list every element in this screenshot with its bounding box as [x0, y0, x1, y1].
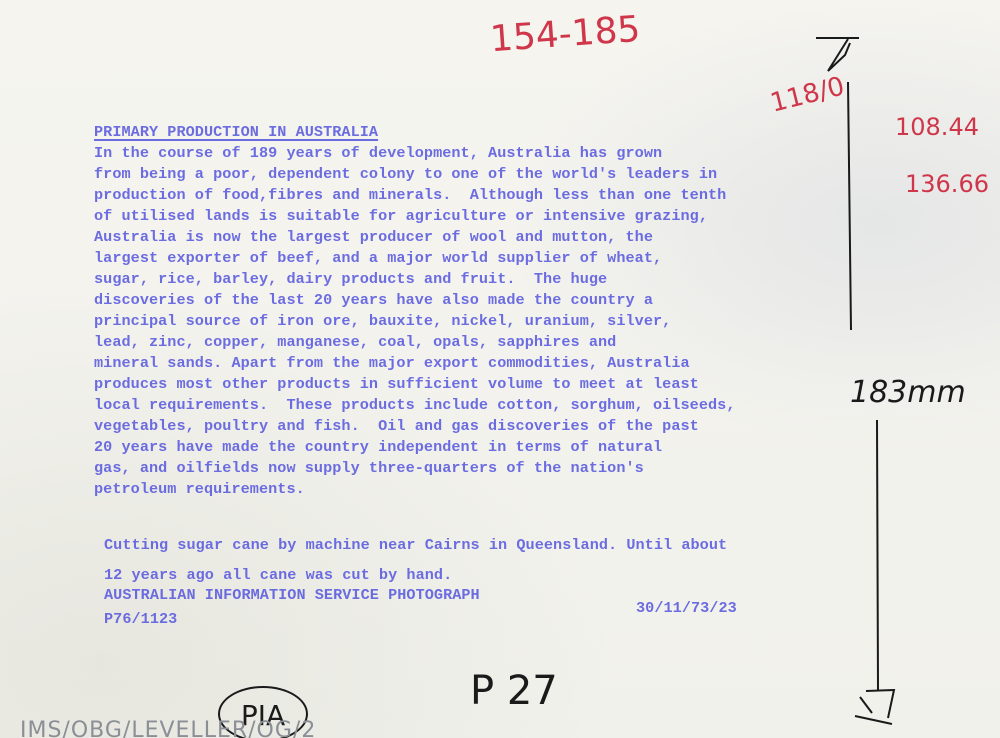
body-line: In the course of 189 years of developmen… [94, 143, 662, 164]
handwritten-height-label: 183mm [850, 375, 966, 410]
pencil-notation: IMS/OBG/LEVELLER/OG/2 [20, 718, 316, 738]
handwritten-measure-2: 136.66 [905, 170, 989, 198]
body-line: 20 years have made the country independe… [94, 437, 662, 458]
body-line: largest exporter of beef, and a major wo… [94, 248, 662, 269]
date-code: 30/11/73/23 [636, 598, 737, 619]
body-line: vegetables, poultry and fish. Oil and ga… [94, 416, 699, 437]
handwritten-measure-1: 108.44 [895, 113, 979, 141]
body-line: petroleum requirements. [94, 479, 305, 500]
handwritten-crop-width: 118/0 [767, 71, 847, 118]
handwritten-page-range: 154-185 [489, 9, 642, 60]
body-line: production of food,fibres and minerals. … [94, 185, 726, 206]
document-heading: PRIMARY PRODUCTION IN AUSTRALIA [94, 122, 378, 143]
body-line: principal source of iron ore, bauxite, n… [94, 311, 671, 332]
reference-number: P76/1123 [104, 609, 177, 630]
caption-line: Cutting sugar cane by machine near Cairn… [104, 535, 727, 556]
caption-line: 12 years ago all cane was cut by hand. [104, 565, 452, 586]
body-line: of utilised lands is suitable for agricu… [94, 206, 708, 227]
body-line: lead, zinc, copper, manganese, coal, opa… [94, 332, 616, 353]
body-line: sugar, rice, barley, dairy products and … [94, 269, 607, 290]
handwritten-page-ref: P 27 [470, 668, 558, 714]
body-line: Australia is now the largest producer of… [94, 227, 653, 248]
body-line: local requirements. These products inclu… [94, 395, 735, 416]
body-line: produces most other products in sufficie… [94, 374, 699, 395]
body-line: from being a poor, dependent colony to o… [94, 164, 717, 185]
body-line: discoveries of the last 20 years have al… [94, 290, 653, 311]
body-line: gas, and oilfields now supply three-quar… [94, 458, 644, 479]
body-line: mineral sands. Apart from the major expo… [94, 353, 690, 374]
photo-credit: AUSTRALIAN INFORMATION SERVICE PHOTOGRAP… [104, 585, 480, 606]
